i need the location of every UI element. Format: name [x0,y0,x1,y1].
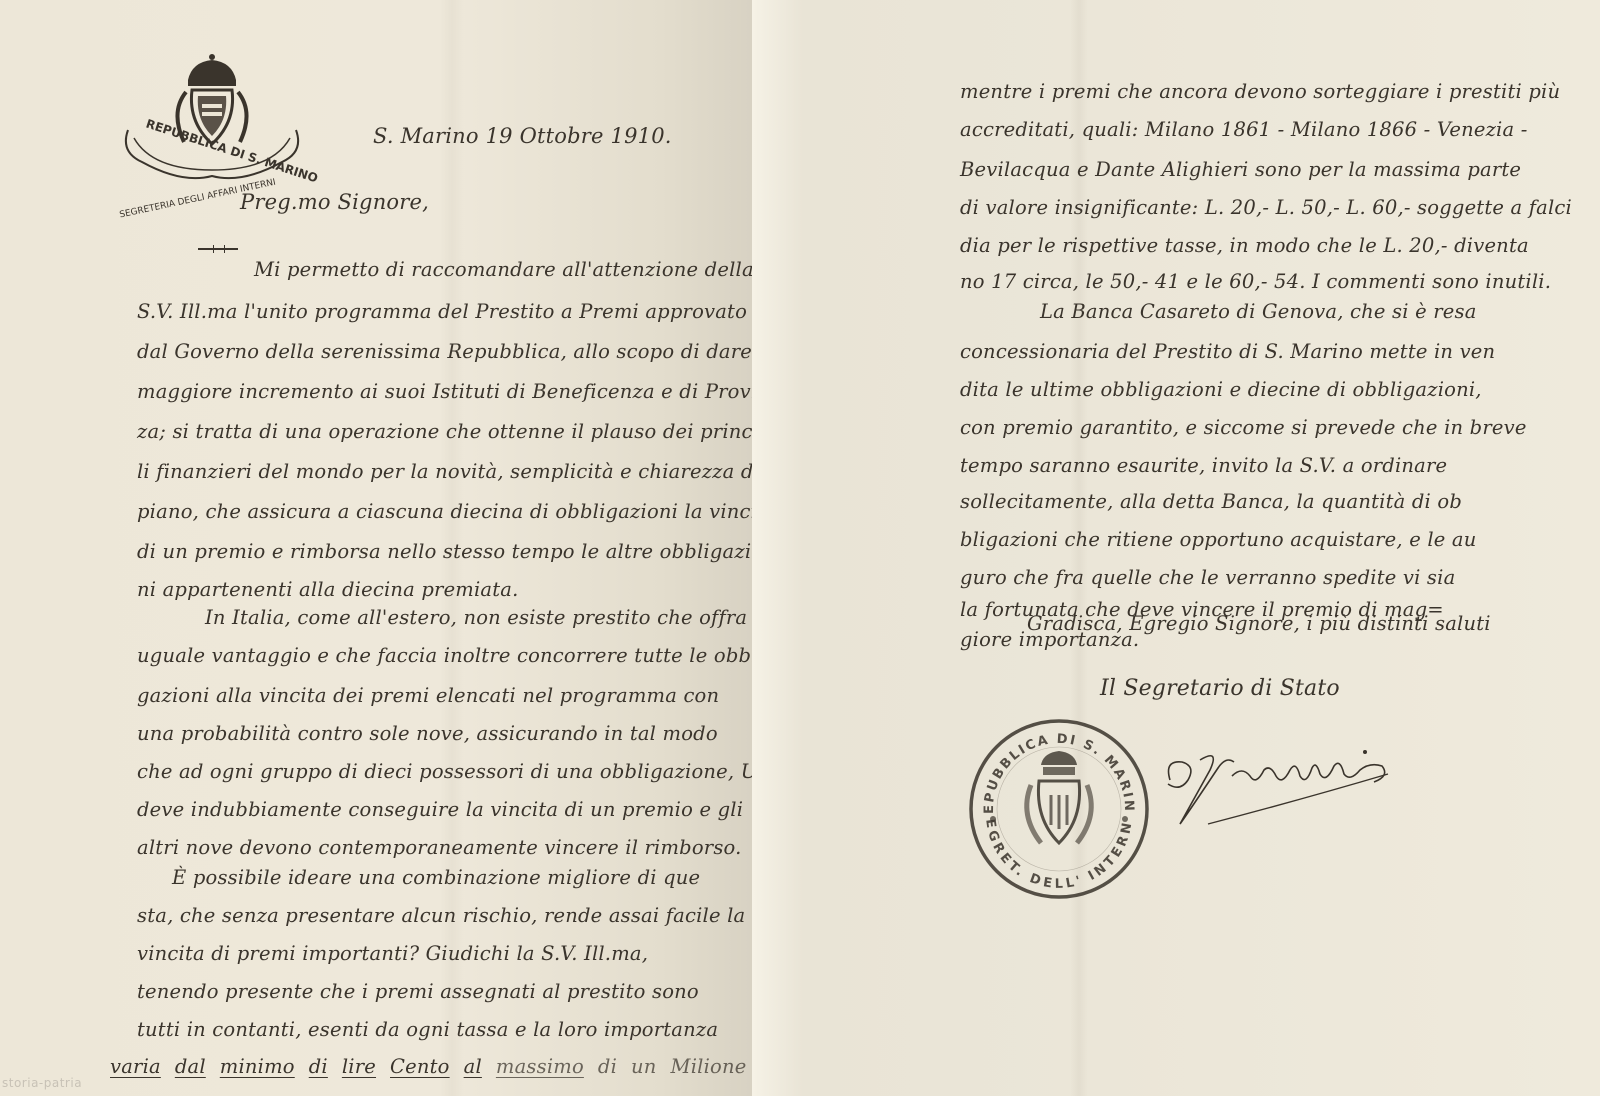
signatory-title: Il Segretario di Stato [1100,676,1340,701]
body-line: li finanzieri del mondo per la novità, s… [137,460,772,483]
body-line: bligazioni che ritiene opportuno acquist… [960,528,1477,551]
body-line: vincita di premi importanti? Giudichi la… [137,942,648,965]
body-line: Mi permetto di raccomandare all'attenzio… [254,258,754,281]
body-line: tutti in contanti, esenti da ogni tassa … [137,1018,718,1041]
coat-of-arms-icon [112,52,312,202]
body-line: sollecitamente, alla detta Banca, la qua… [960,490,1462,513]
body-line: In Italia, come all'estero, non esiste p… [205,606,747,629]
letter-date: S. Marino 19 Ottobre 1910. [373,124,672,148]
body-line: È possibile ideare una combinazione migl… [172,866,700,889]
salutation: Preg.mo Signore, [240,190,429,214]
body-line: altri nove devono contemporaneamente vin… [137,836,742,859]
body-line: una probabilità contro sole nove, assicu… [137,722,718,745]
underlined-word: di [309,1055,328,1078]
left-page: REPUBBLICA DI S. MARINO SEGRETERIA DEGLI… [0,0,752,1096]
closing-line: Gradisca, Egregio Signore, i più distint… [1027,612,1491,635]
official-seal: REPUBBLICA DI S. MARINO SEGRET. DELL' IN… [965,715,1153,903]
underlined-word: lire [342,1055,376,1078]
body-line: con premio garantito, e siccome si preve… [960,416,1527,439]
separator-ornament [198,248,238,250]
body-line: gazioni alla vincita dei premi elencati … [137,684,719,707]
body-line: S.V. Ill.ma l'unito programma del Presti… [137,300,747,323]
letterhead: REPUBBLICA DI S. MARINO SEGRETERIA DEGLI… [112,52,312,200]
body-line: ni appartenenti alla diecina premiata. [137,578,519,601]
underlined-word: dal [175,1055,206,1078]
word: un [631,1055,657,1078]
handwritten-signature: G. Fonelli [1160,740,1420,830]
underlined-word: varia [110,1055,161,1078]
body-line: tenendo presente che i premi assegnati a… [137,980,699,1003]
seal-stamp-icon: REPUBBLICA DI S. MARINO SEGRET. DELL' IN… [965,715,1153,903]
body-line: dita le ultime obbligazioni e diecine di… [960,378,1482,401]
body-line: di valore insignificante: L. 20,- L. 50,… [960,196,1572,219]
body-line: tempo saranno esaurite, invito la S.V. a… [960,454,1447,477]
body-line: dia per le rispettive tasse, in modo che… [960,234,1529,257]
body-line: dal Governo della serenissima Repubblica… [137,340,752,363]
body-line: za; si tratta di una operazione che otte… [137,420,790,443]
letter-spread: REPUBBLICA DI S. MARINO SEGRETERIA DEGLI… [0,0,1600,1096]
body-line: mentre i premi che ancora devono sortegg… [960,80,1560,103]
body-line: maggiore incremento ai suoi Istituti di … [137,380,794,403]
body-line: piano, che assicura a ciascuna diecina d… [137,500,777,523]
word: Milione [671,1055,747,1078]
underlined-amount-line: varia dal minimo di lire Cento al massim… [110,1055,746,1078]
body-line: Bevilacqua e Dante Alighieri sono per la… [960,158,1521,181]
signature-stroke-icon [1160,740,1420,830]
underlined-word: al [464,1055,482,1078]
word: di [598,1055,617,1078]
body-line: deve indubbiamente conseguire la vincita… [137,798,743,821]
underlined-word: massimo [496,1055,584,1078]
body-line: no 17 circa, le 50,- 41 e le 60,- 54. I … [960,270,1551,293]
body-line: La Banca Casareto di Genova, che si è re… [1040,300,1477,323]
body-line: concessionaria del Prestito di S. Marino… [960,340,1495,363]
underlined-word: Cento [390,1055,450,1078]
underlined-word: minimo [220,1055,295,1078]
body-line: uguale vantaggio e che faccia inoltre co… [137,644,764,667]
watermark: storia-patria [2,1076,82,1090]
body-line: sta, che senza presentare alcun rischio,… [137,904,745,927]
body-line: accreditati, quali: Milano 1861 - Milano… [960,118,1528,141]
body-line: guro che fra quelle che le verranno sped… [960,566,1455,589]
body-line: che ad ogni gruppo di dieci possessori d… [137,760,782,783]
body-line: di un premio e rimborsa nello stesso tem… [137,540,763,563]
